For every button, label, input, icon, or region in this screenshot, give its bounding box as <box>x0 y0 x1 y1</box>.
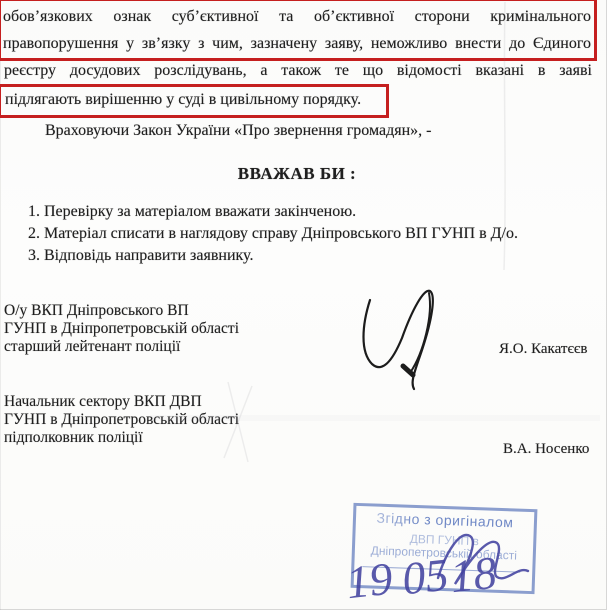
resolution-heading: ВВАЖАВ БИ : <box>0 164 594 184</box>
intro-paragraph: Враховуючи Закон України «Про звернення … <box>45 122 431 140</box>
signature-block-2-title: Начальник сектору ВКП ДВП ГУНП в Дніпроп… <box>4 393 239 447</box>
signature-block-1-title: О/у ВКП Дніпровського ВП ГУНП в Дніпропе… <box>4 302 239 356</box>
verification-stamp: Згідно з оригіналом ДВП ГУНП в Дніпропет… <box>351 503 538 594</box>
stamp-date-rule <box>362 566 520 573</box>
officer-name-2: В.А. Носенко <box>503 441 589 458</box>
paragraph-line-1: обов’язкових ознак суб’єктивної та об’єк… <box>3 7 591 27</box>
list-item-2: 2. Матеріал списати в наглядову справу Д… <box>28 225 518 243</box>
officer-title-line: ГУНП в Дніпропетровській області <box>4 320 239 338</box>
scanned-document-page: обов’язкових ознак суб’єктивної та об’єк… <box>0 0 607 610</box>
paragraph-line-3: реєстру досудових розслідувань, а також … <box>4 61 592 81</box>
paragraph-line-2: правопорушення у зв’язку з чим, зазначен… <box>3 34 591 54</box>
officer-name-1: Я.О. Какатєєв <box>499 341 587 358</box>
officer-title-line: О/у ВКП Дніпровського ВП <box>4 302 239 320</box>
officer-title-line: ГУНП в Дніпропетровській області <box>4 411 239 429</box>
stamp-text-line-1: Згідно з оригіналом <box>356 509 534 531</box>
officer-title-line: Начальник сектору ВКП ДВП <box>4 393 239 411</box>
red-highlight-box-1: обов’язкових ознак суб’єктивної та об’єк… <box>0 0 597 61</box>
paragraph-line-4: підлягають вирішенню у суді в цивільному… <box>5 91 361 109</box>
officer-title-line: старший лейтенант поліції <box>4 338 239 356</box>
red-highlight-box-2: підлягають вирішенню у суді в цивільному… <box>0 84 389 118</box>
officer-title-line: підполковник поліції <box>4 429 239 447</box>
list-item-1: 1. Перевірку за матеріалом вважати закін… <box>28 203 356 221</box>
signature-ink-1 <box>364 291 433 389</box>
list-item-3: 3. Відповідь направити заявнику. <box>28 247 253 265</box>
